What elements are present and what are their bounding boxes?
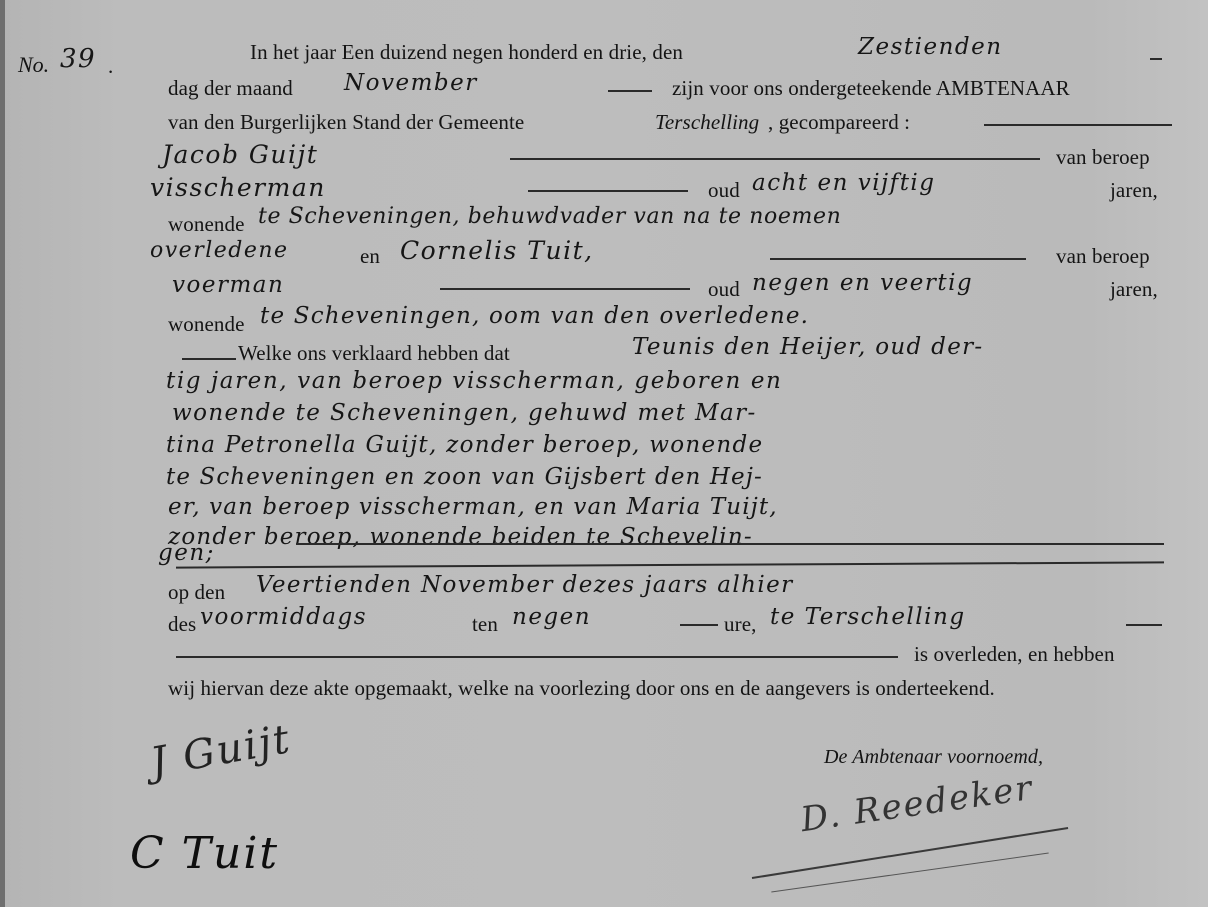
printed-text: van den Burgerlijken Stand der Gemeente <box>168 110 524 135</box>
handwritten-text: overledene <box>150 238 289 263</box>
handwritten-declarant1-name: Jacob Guijt <box>162 140 318 169</box>
printed-text: ure, <box>724 612 756 637</box>
printed-text: des <box>168 612 196 637</box>
printed-text: In het jaar Een duizend negen honderd en… <box>250 40 683 65</box>
signature-underline <box>771 853 1048 893</box>
civil-death-record-page: No. 39 . In het jaar Een duizend negen h… <box>0 0 1208 907</box>
handwritten-declarant2-occupation: voerman <box>172 272 284 298</box>
printed-text: en <box>360 244 380 269</box>
handwritten-declarant1-occupation: visscherman <box>150 173 326 202</box>
fill-line <box>176 561 1164 568</box>
handwritten-place: te Terschelling <box>770 604 966 630</box>
handwritten-text: zonder beroep, wonende beiden te Schevel… <box>168 524 753 550</box>
handwritten-residence: te Scheveningen, behuwdvader van na te n… <box>258 204 841 229</box>
printed-text: jaren, <box>1110 277 1158 302</box>
declarant1-signature: J Guijt <box>147 716 295 786</box>
handwritten-day: Zestienden <box>858 34 1003 60</box>
fill-line <box>440 288 690 290</box>
declarant2-signature: C Tuit <box>130 828 279 879</box>
printed-text: van beroep <box>1056 244 1150 269</box>
handwritten-text: tig jaren, van beroep visscherman, gebor… <box>166 368 782 394</box>
handwritten-death-date: Veertienden November dezes jaars alhier <box>256 572 794 598</box>
handwritten-month: November <box>344 70 478 96</box>
printed-text: van beroep <box>1056 145 1150 170</box>
fill-line <box>528 190 688 192</box>
official-signature: D. Reedeker <box>798 768 1036 840</box>
handwritten-time-of-day: voormiddags <box>200 604 367 630</box>
official-signature-caption: De Ambtenaar voornoemd, <box>824 746 1043 769</box>
printed-text: oud <box>708 178 740 203</box>
fill-line <box>176 656 898 658</box>
handwritten-declarant1-age: acht en vijftig <box>752 170 936 196</box>
act-number: 39 <box>60 44 96 74</box>
printed-text: wonende <box>168 212 245 237</box>
printed-text: is overleden, en hebben <box>914 642 1115 667</box>
handwritten-declarant2-name: Cornelis Tuit, <box>400 236 594 265</box>
handwritten-text: te Scheveningen en zoon van Gijsbert den… <box>166 464 763 490</box>
printed-text: wij hiervan deze akte opgemaakt, welke n… <box>168 676 995 701</box>
printed-text: wonende <box>168 312 245 337</box>
fill-line <box>984 124 1172 126</box>
fill-line <box>608 90 652 92</box>
printed-text: oud <box>708 277 740 302</box>
printed-text: op den <box>168 580 225 605</box>
printed-text: zijn voor ons ondergeteekende AMBTENAAR <box>672 76 1070 101</box>
fill-line <box>1150 58 1162 60</box>
printed-text: , gecompareerd : <box>768 110 910 135</box>
printed-text: dag der maand <box>168 76 293 101</box>
act-number-dot: . <box>108 54 113 79</box>
page-binding-edge <box>0 0 5 907</box>
handwritten-text: er, van beroep visscherman, en van Maria… <box>168 494 778 520</box>
handwritten-deceased: Teunis den Heijer, oud der- <box>632 334 983 360</box>
handwritten-text: tina Petronella Guijt, zonder beroep, wo… <box>166 432 763 458</box>
fill-line <box>1126 624 1162 626</box>
handwritten-text: wonende te Scheveningen, gehuwd met Mar- <box>172 400 757 426</box>
handwritten-residence: te Scheveningen, oom van den overledene. <box>260 303 809 329</box>
printed-text: Welke ons verklaard hebben dat <box>238 341 510 366</box>
handwritten-text: gen; <box>158 540 215 566</box>
fill-line <box>680 624 718 626</box>
fill-line <box>770 258 1026 260</box>
act-number-label: No. <box>18 52 49 78</box>
fill-line <box>296 543 1164 545</box>
fill-line <box>510 158 1040 160</box>
handwritten-hour: negen <box>512 604 591 630</box>
handwritten-declarant2-age: negen en veertig <box>752 270 973 296</box>
municipality-name: Terschelling <box>655 110 759 135</box>
printed-text: jaren, <box>1110 178 1158 203</box>
fill-line <box>182 358 236 360</box>
printed-text: ten <box>472 612 498 637</box>
